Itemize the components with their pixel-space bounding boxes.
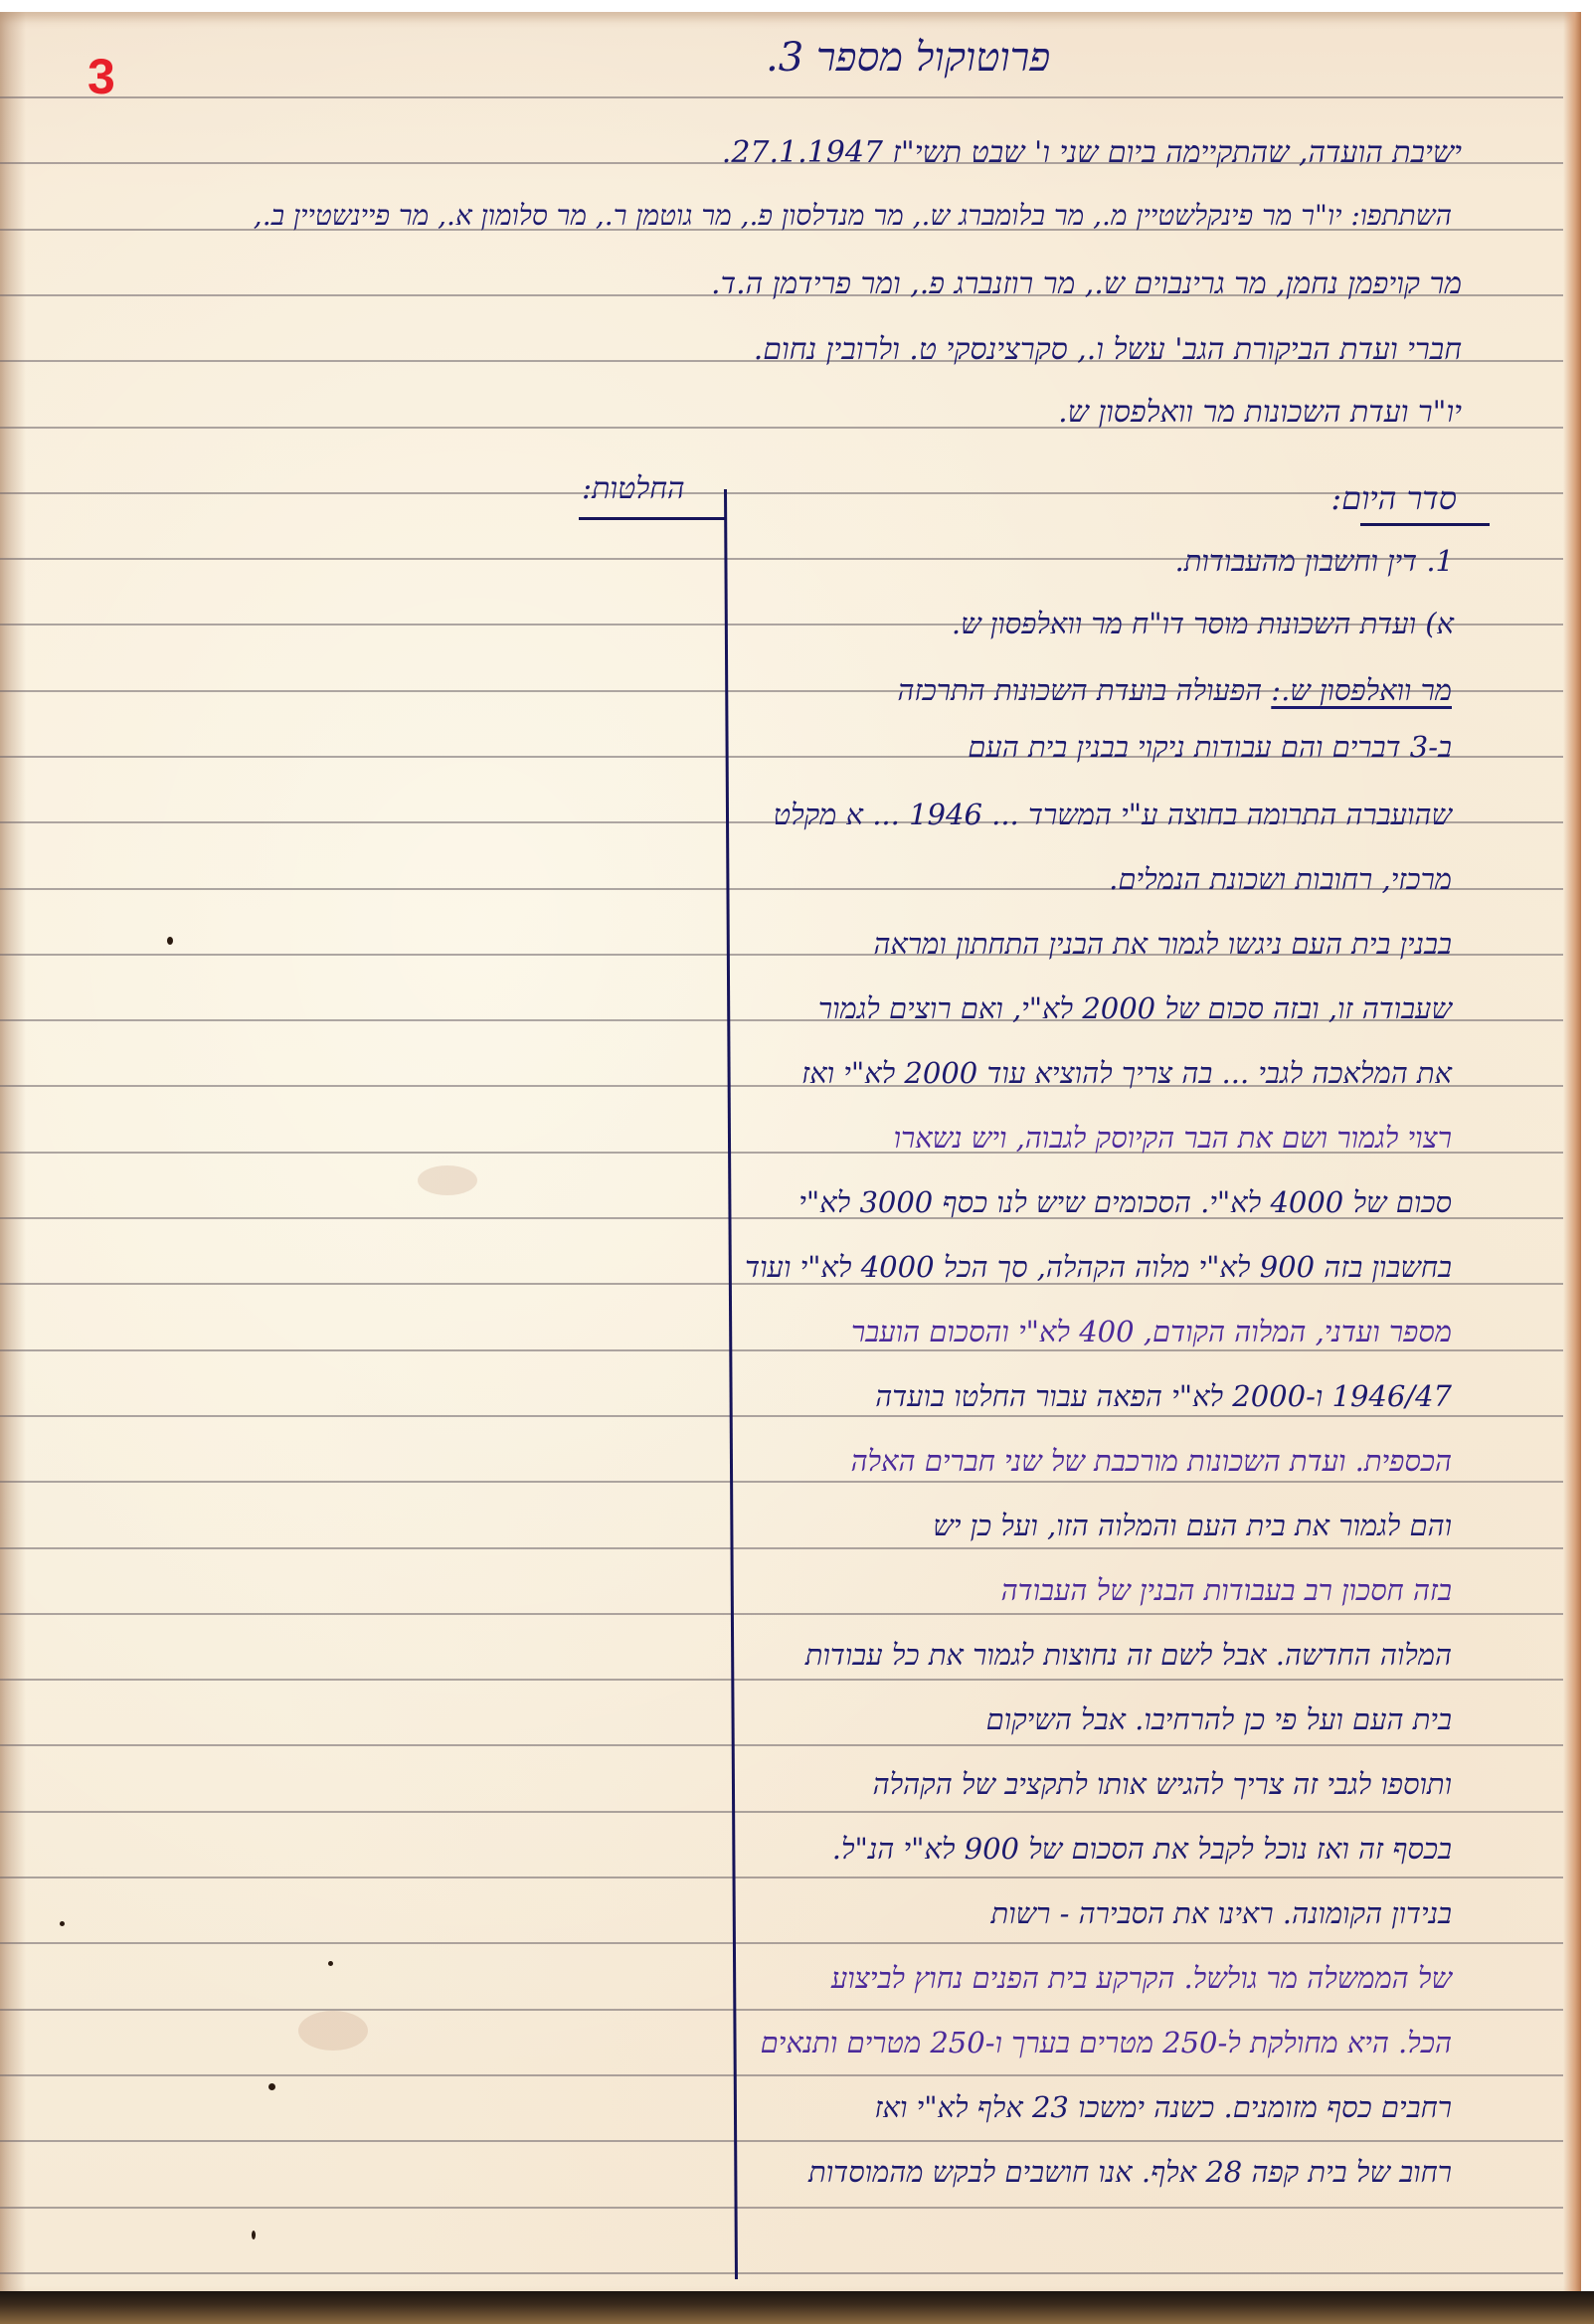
agenda-item-1: 1. דין וחשבון מהעבודות. xyxy=(1175,544,1454,579)
notebook-page: 3 פרוטוקול מספר 3. ישיבת הועדה, שהתקיימה… xyxy=(0,12,1581,2291)
body-line: מרכזי, רחובות ושכונת הנמלים. xyxy=(1109,862,1452,897)
protocol-title: פרוטוקול מספר 3. xyxy=(766,34,1050,81)
ruled-line xyxy=(0,2140,1563,2142)
body-line: בחשבון בזה 900 לא"י מלוה הקהלה, סך הכל 4… xyxy=(745,1250,1452,1285)
ruled-line xyxy=(0,1942,1563,1944)
ruled-line xyxy=(0,2272,1563,2274)
body-line: שעבודה זו, ובזה סכום של 2000 לא"י, ואם ר… xyxy=(818,991,1452,1026)
ruled-line xyxy=(0,1744,1563,1746)
ruled-line xyxy=(0,96,1563,98)
body-line: ב-3 דברים והם עבודות ניקוי בבנין בית העם xyxy=(968,730,1452,765)
body-line: הכל. היא מחולקת ל-250 מטרים בערך ו-250 מ… xyxy=(761,2026,1452,2060)
body-line: והם לגמור את בית העם והמלוה הזו, ועל כן … xyxy=(933,1509,1452,1543)
paper-stain xyxy=(418,1165,477,1195)
body-line: שהועברה התרומה בחוצה ע"י המשרד ... 1946 … xyxy=(774,798,1452,832)
ruled-line xyxy=(0,1679,1563,1681)
body-line: בנידון הקומונה. ראינו את הסבירה - רשות xyxy=(991,1896,1452,1931)
agenda-item-1a: א) ועדת השכונות מוסר דו"ח מר וואלפסון ש. xyxy=(952,607,1454,641)
body-line: רצוי לגמור ושם את הבר הקיוסק לגבוה, ויש … xyxy=(894,1121,1452,1156)
audit-committee-line: חברי ועדת הביקורת הגב' עשל ו., סקרצינסקי… xyxy=(754,332,1462,367)
agenda-underline xyxy=(1360,523,1490,526)
neighborhoods-committee-line: יו"ר ועדת השכונות מר וואלפסון ש. xyxy=(1058,395,1462,430)
ruled-line xyxy=(0,1877,1563,1878)
ruled-line xyxy=(0,2207,1563,2209)
ruled-line xyxy=(0,1547,1563,1549)
ink-speck xyxy=(60,1921,65,1926)
ink-speck xyxy=(268,2083,275,2090)
ruled-line xyxy=(0,1613,1563,1615)
decisions-underline xyxy=(579,517,726,520)
body-line: סכום של 4000 לא"י. הסכומים שיש לנו כסף 3… xyxy=(798,1185,1452,1220)
ruled-line xyxy=(0,2009,1563,2011)
ruled-line xyxy=(0,1349,1563,1351)
body-line: רחבים כסף מזומנים. כשנה ימשכו 23 אלף לא"… xyxy=(874,2090,1452,2125)
body-line: של הממשלה מר גולשל. הקרקע בית הפנים נחוץ… xyxy=(831,1961,1452,1996)
body-line: בבנין בית העם ניגשו לגמור את הבנין התחתו… xyxy=(873,927,1452,962)
ruled-line xyxy=(0,492,1563,494)
paper-stain xyxy=(298,2011,368,2051)
body-line: מספר ועדני, המלוה הקודם, 400 לא"י והסכום… xyxy=(851,1315,1452,1349)
agenda-header: סדר היום: xyxy=(1330,479,1457,517)
body-line: ותוספו לגבי זה צריך להגיש אותו לתקציב של… xyxy=(873,1767,1452,1802)
meeting-date-line: ישיבת הועדה, שהתקיימה ביום שני ו' שבט תש… xyxy=(722,135,1462,170)
ink-speck xyxy=(252,2231,256,2239)
body-line: בזה חסכון רב בעבודות הבנין של העבודה xyxy=(1001,1573,1452,1608)
participants-line-2: מר קויפמן נחמן, מר גרינבוים ש., מר רוזנב… xyxy=(711,267,1462,301)
ruled-line xyxy=(0,1481,1563,1483)
ink-speck xyxy=(328,1961,333,1966)
body-line: בית העם ועל פי כן להרחיבו. אבל השיקום xyxy=(986,1702,1452,1737)
ruled-line xyxy=(0,1811,1563,1813)
participants-line-1: השתתפו: יו"ר מר פינקלשטיין מ., מר בלומבר… xyxy=(254,199,1452,233)
decisions-header: החלטות: xyxy=(582,471,685,506)
ruled-line xyxy=(0,1415,1563,1417)
body-line: מר וואלפסון ש.: הפעולה בועדת השכונות התר… xyxy=(898,673,1452,708)
body-line: הכספית. ועדת השכונות מורכבת של שני חברים… xyxy=(851,1444,1452,1479)
body-line: 1946/47 ו-2000 לא"י הפאה עבור החלטו בועד… xyxy=(875,1379,1452,1414)
page-number: 3 xyxy=(88,52,115,101)
scan-bottom-edge xyxy=(0,2291,1594,2324)
speaker-label: מר וואלפסון ש.: xyxy=(1271,673,1452,707)
body-line: את המלאכה לגבי ... בה צריך להוציא עוד 20… xyxy=(801,1056,1452,1091)
body-line: רחוב של בית קפה 28 אלף. אנו חושבים לבקש … xyxy=(808,2155,1452,2190)
ruled-line xyxy=(0,2074,1563,2076)
body-line: המלוה החדשה. אבל לשם זה נחוצות לגמור את … xyxy=(805,1638,1452,1673)
body-line: בכסף זה ואז נוכל לקבל את הסכום של 900 לא… xyxy=(832,1832,1452,1867)
ink-speck xyxy=(167,937,173,945)
